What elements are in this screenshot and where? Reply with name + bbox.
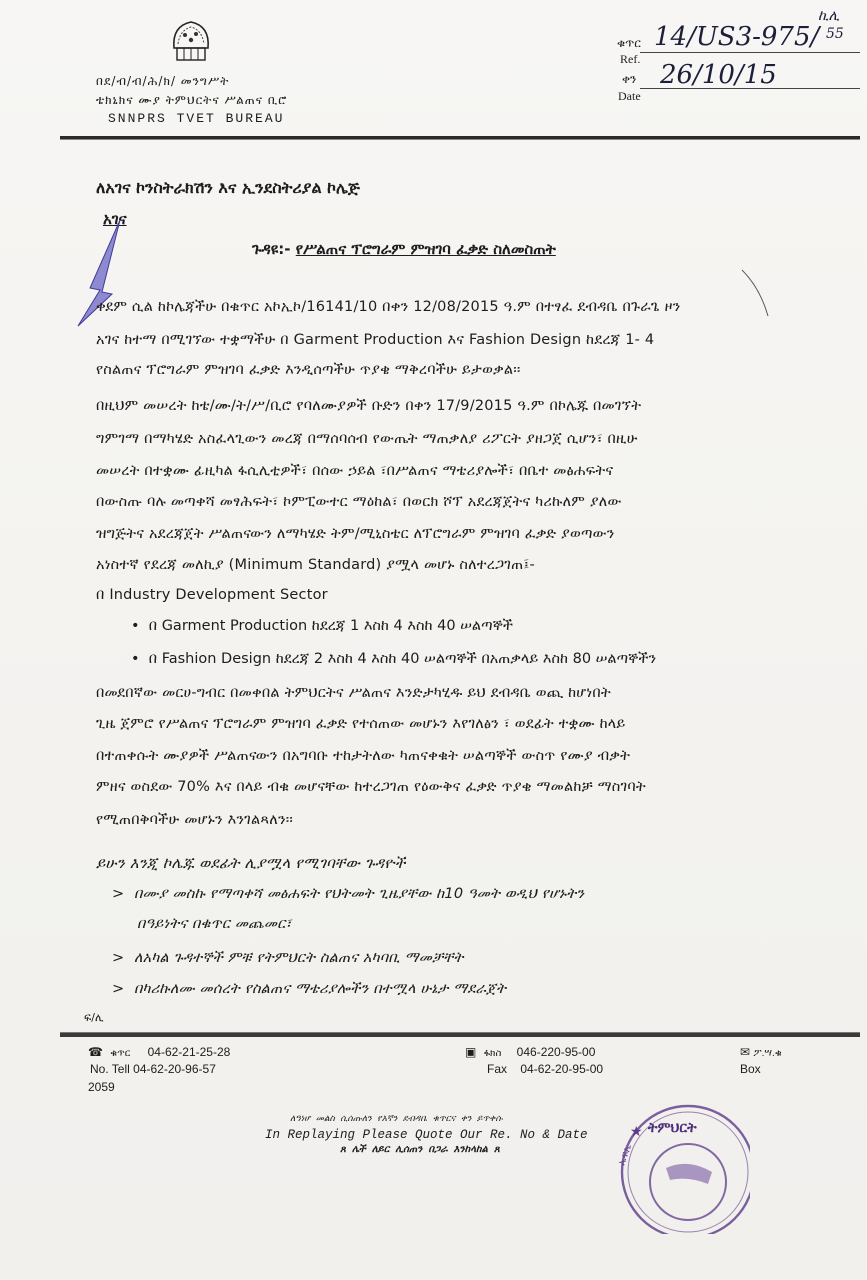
fax-line-2: Fax 04-62-20-95-00 <box>487 1062 603 1076</box>
subject-label: ጉዳዩ:- <box>252 240 296 258</box>
svg-text:ኤፍኤ: ኤፍኤ <box>616 1142 634 1167</box>
body2-line-3: በተጠቀሱት ሙያዎች ሥልጠናውን በአግባቡ ተከታትለው ካጠናቀቁት ሠ… <box>96 748 630 764</box>
ref-label-am: ቁጥር <box>617 36 641 51</box>
ref-number: 14/US3-975/ <box>654 22 819 52</box>
body-line-7: በውስጡ ባሉ መጣቀሻ መፃሕፍት፣ ኮምፒውተር ማዕከል፣ በወርክ ሾፕ… <box>96 494 622 510</box>
official-stamp: ★ ኤፍኤ <box>600 1084 750 1234</box>
arrow-bullet-icon: > <box>112 886 134 902</box>
bullet-item-fashion: • በ Fashion Design ከደረጃ 2 እስከ 4 እስከ 40 ሠ… <box>131 651 656 667</box>
followup-text: በሙያ መስኩ የማጣቀሻ መፅሐፍት የህትመት ጊዜያቸው ከ10 ዓመት … <box>134 886 584 902</box>
box-label-en: Box <box>740 1062 761 1076</box>
header-divider <box>60 136 860 140</box>
fax-number-1: 046-220-95-00 <box>517 1045 596 1059</box>
bullet-text: በ Garment Production ከደረጃ 1 እስከ 4 እስከ 40… <box>149 618 513 634</box>
followup-item-3: > በካሪኩለሙ መሰረት የስልጠና ማቴሪያሎችን በተሟላ ሁኔታ ማደራ… <box>112 981 506 997</box>
ref-suffix-top: ኪሊ <box>818 8 839 24</box>
footer-note-am: ለዓነሆ መልስ ሲሰጡለን የእኛን ደብዳቤ ቁጥርና ቀን ይጥቀሱ <box>290 1114 503 1124</box>
phone-line-1: ☎ ቁጥር 04-62-21-25-28 <box>88 1045 230 1059</box>
bullet-dot: • <box>131 618 149 634</box>
box-number: 2059 <box>88 1080 115 1094</box>
followup-item-2: > ለአካል ጉዳተኞች ምቹ የትምህርት ስልጠና አካባቢ ማመቻቸት <box>112 950 463 966</box>
phone-label-am: ቁጥር <box>110 1048 130 1059</box>
date-underline <box>640 88 860 89</box>
body2-line-5: የሚጠበቅባችሁ መሆኑን እንገልጻለን፡፡ <box>96 812 293 828</box>
sector-line: በ Industry Development Sector <box>96 587 328 603</box>
body-line-5: ግምገማ በማካሄድ አስፈላጊውን መረጃ በማሰባሰብ የውጤት ማጠቃለያ… <box>96 431 638 447</box>
subject-text: የሥልጠና ፕሮግራም ምዝገባ ፈቃድ ስለመስጠት <box>296 240 556 258</box>
body-line-8: ዝግጅትና አደረጃጀት ሥልጠናውን ለማካሄድ ትም/ሚኒስቴር ለፕሮግራ… <box>96 526 615 542</box>
ref-underline <box>640 52 860 53</box>
body-line-2: አገና ከተማ በሚገኘው ተቋማችሁ በ Garment Production… <box>96 332 654 348</box>
phone2-label: No. Tell <box>90 1062 130 1076</box>
fax-label-en: Fax <box>487 1062 507 1076</box>
fax-label-am: ፋክስ <box>484 1048 502 1059</box>
box-label-am: ፖ.ሣ.ቁ <box>753 1048 781 1059</box>
letterhead-bureau-en: SNNPRS TVET BUREAU <box>108 111 284 126</box>
subject-line: ጉዳዩ:- የሥልጠና ፕሮግራም ምዝገባ ፈቃድ ስለመስጠት <box>252 240 556 258</box>
bullet-item-garment: • በ Garment Production ከደረጃ 1 እስከ 4 እስከ … <box>131 618 513 634</box>
body-line-9: አነስተኛ የደረጃ መለኪያ (Minimum Standard) ያሟላ መ… <box>96 557 535 573</box>
ref-label-en: Ref. <box>620 52 640 67</box>
phone-number-1: 04-62-21-25-28 <box>148 1045 231 1059</box>
followup-item-1: > በሙያ መስኩ የማጣቀሻ መፅሐፍት የህትመት ጊዜያቸው ከ10 ዓመ… <box>112 886 584 902</box>
body2-line-1: በመደበኛው መርሀ-ግብር በመቀበል ትምህርትና ሥልጠና እንድታካሂዱ… <box>96 685 611 701</box>
stamp-text: ትምህርት <box>648 1120 697 1136</box>
arrow-bullet-icon: > <box>112 981 134 997</box>
telephone-icon: ☎ <box>88 1045 103 1059</box>
phone-line-2: No. Tell 04-62-20-96-57 <box>90 1062 216 1076</box>
recipient: ለአገና ኮንስትራክሽን እና ኢንደስትሪያል ኮሌጅ <box>96 178 360 198</box>
letterhead-region: በደ/ብ/ብ/ሕ/ክ/ መንግሥት <box>96 74 229 89</box>
pencil-mark <box>740 268 780 318</box>
arrow-bullet-icon: > <box>112 950 134 966</box>
body2-line-4: ምዘና ወስደው 70% እና በላይ ብቁ መሆናቸው ከተረጋገጠ የዕውቅ… <box>96 779 646 795</box>
fax-line-1: ▣ ፋክስ 046-220-95-00 <box>465 1045 595 1059</box>
followup-heading: ይሁን እንጂ ኮሌጁ ወደፊት ሊያሟላ የሚገባቸው ጉዳዮች <box>96 854 405 872</box>
date-value: 26/10/15 <box>660 60 777 90</box>
footer-divider <box>60 1032 860 1037</box>
fax-icon: ▣ <box>465 1045 476 1059</box>
box-line-1: ✉ ፖ.ሣ.ቁ <box>740 1045 782 1059</box>
followup-item-1-cont: በዓይነትና በቁጥር መጨመር፣ <box>137 916 292 932</box>
regional-emblem-icon <box>168 18 214 64</box>
phone-number-2: 04-62-20-96-57 <box>133 1062 216 1076</box>
body-line-4: በዚህም መሠረት ከቴ/ሙ/ት/ሥ/ቢሮ የባለሙያዎች ቡድን በቀን 17… <box>96 398 641 414</box>
date-label-am: ቀን <box>622 72 636 87</box>
mailbox-icon: ✉ <box>740 1045 750 1059</box>
body-line-3: የስልጠና ፕሮግራም ምዝገባ ፈቃድ እንዲሰጣችሁ ጥያቄ ማቅረባችሁ … <box>96 362 521 378</box>
fax-number-2: 04-62-20-95-00 <box>520 1062 603 1076</box>
body2-line-2: ጊዜ ጀምሮ የሥልጠና ፕሮግራም ምዝገባ ፈቃድ የተሰጠው መሆኑን እ… <box>96 716 626 732</box>
footer-note-en: In Replaying Please Quote Our Re. No & D… <box>265 1128 588 1142</box>
followup-text: ለአካል ጉዳተኞች ምቹ የትምህርት ስልጠና አካባቢ ማመቻቸት <box>134 950 464 966</box>
signature-abbrev: ፍ/ሊ <box>84 1011 104 1025</box>
svg-text:★: ★ <box>630 1124 643 1140</box>
letter-page: በደ/ብ/ብ/ሕ/ክ/ መንግሥት ቴክኒክና ሙያ ትምህርትና ሥልጠና ቢ… <box>0 0 867 1280</box>
bullet-text: በ Fashion Design ከደረጃ 2 እስከ 4 እስከ 40 ሠልጣ… <box>149 651 656 667</box>
letterhead-bureau-am: ቴክኒክና ሙያ ትምህርትና ሥልጠና ቢሮ <box>96 93 287 108</box>
ref-suffix-bottom: 55 <box>826 26 844 42</box>
date-label-en: Date <box>618 89 641 104</box>
followup-text: በካሪኩለሙ መሰረት የስልጠና ማቴሪያሎችን በተሟላ ሁኔታ ማደራጀት <box>134 981 506 997</box>
body-line-1: ቀደም ሲል ከኮሌጃችሁ በቁጥር አኮኢኮ/16141/10 በቀን 12/… <box>96 299 680 315</box>
body-line-6: መሠረት በተቋሙ ፊዚካል ፋሲሊቲዎች፣ በሰው ኃይል ፣በሥልጠና ማቴ… <box>96 463 613 479</box>
footer-note-am-2: ጸ ሌች ለይር ሊሰጠን በጋራ እንከላከል ጸ <box>340 1144 500 1156</box>
bullet-dot: • <box>131 651 149 667</box>
